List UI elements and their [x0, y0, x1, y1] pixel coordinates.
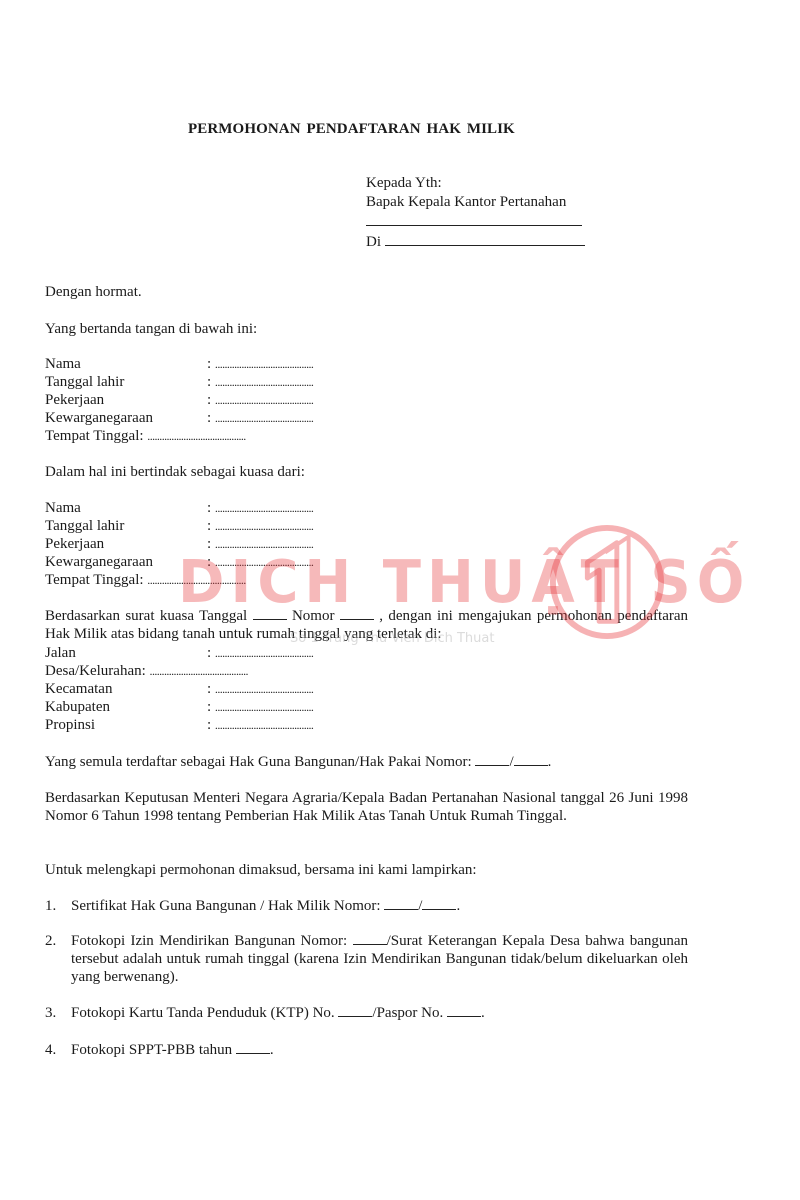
field-input[interactable]: : ......................................…	[207, 517, 313, 535]
field-row-street: Jalan : ................................…	[45, 644, 248, 662]
field-row-applicant-name: Nama : .................................…	[45, 355, 246, 373]
field-input[interactable]: : ......................................…	[207, 698, 313, 716]
field-input[interactable]: : ......................................…	[207, 391, 313, 409]
field-label: Tanggal lahir	[45, 517, 124, 535]
field-row-applicant-citizenship: Kewarganegaraan : ......................…	[45, 409, 246, 427]
field-input[interactable]: : ......................................…	[207, 355, 313, 373]
field-label: Pekerjaan	[45, 391, 104, 409]
field-row-applicant-occupation: Pekerjaan : ............................…	[45, 391, 246, 409]
field-row-province: Propinsi : .............................…	[45, 716, 248, 734]
field-input[interactable]: : ......................................…	[207, 499, 313, 517]
recipient-location: Di	[366, 232, 585, 252]
field-input[interactable]: : ......................................…	[207, 553, 313, 571]
attachments-intro: Untuk melengkapi permohonan dimaksud, be…	[45, 861, 477, 879]
passport-number-blank[interactable]	[447, 1004, 481, 1017]
field-label: Tanggal lahir	[45, 373, 124, 391]
field-row-village: Desa/Kelurahan: ........................…	[45, 662, 248, 680]
field-row-proxy-name: Nama : .................................…	[45, 499, 246, 517]
field-label: Nama	[45, 499, 81, 517]
document-page: PERMOHONAN PENDAFTARAN HAK MILIK Kepada …	[0, 0, 800, 1200]
field-input[interactable]: : ......................................…	[207, 535, 313, 553]
field-label: Nama	[45, 355, 81, 373]
certificate-number-blank-1[interactable]	[384, 897, 418, 910]
building-permit-blank[interactable]	[353, 932, 387, 945]
field-input[interactable]: : ......................................…	[142, 663, 248, 679]
field-row-district: Kecamatan : ............................…	[45, 680, 248, 698]
document-title: PERMOHONAN PENDAFTARAN HAK MILIK	[188, 120, 515, 138]
field-row-proxy-occupation: Pekerjaan : ............................…	[45, 535, 246, 553]
field-input[interactable]: : ......................................…	[207, 644, 313, 662]
field-input[interactable]: : ......................................…	[207, 373, 313, 391]
list-number: 4.	[45, 1041, 56, 1059]
sppt-year-blank[interactable]	[236, 1041, 270, 1054]
ktp-number-blank[interactable]	[338, 1004, 372, 1017]
field-row-proxy-birthdate: Tanggal lahir : ........................…	[45, 517, 246, 535]
previous-number-blank-1[interactable]	[475, 753, 509, 766]
field-input[interactable]: : ......................................…	[207, 716, 313, 734]
location-fields: Jalan : ................................…	[45, 644, 248, 734]
field-label: Kewarganegaraan	[45, 409, 153, 427]
field-row-proxy-residence: Tempat Tinggal: ........................…	[45, 571, 246, 589]
poa-text-2: Nomor	[292, 608, 335, 624]
recipient-location-blank[interactable]	[385, 232, 585, 246]
list-text: Sertifikat Hak Guna Bangunan / Hak Milik…	[71, 897, 688, 915]
certificate-number-blank-2[interactable]	[422, 897, 456, 910]
previous-registration: Yang semula terdaftar sebagai Hak Guna B…	[45, 753, 551, 771]
field-label: Pekerjaan	[45, 535, 104, 553]
previous-registration-text: Yang semula terdaftar sebagai Hak Guna B…	[45, 754, 472, 770]
poa-date-blank[interactable]	[253, 607, 287, 620]
list-number: 1.	[45, 897, 56, 915]
power-of-attorney-paragraph: Berdasarkan surat kuasa Tanggal Nomor , …	[45, 607, 688, 643]
field-label: Desa/Kelurahan	[45, 663, 142, 679]
field-label: Jalan	[45, 644, 76, 662]
recipient-block: Kepada Yth: Bapak Kepala Kantor Pertanah…	[366, 174, 585, 252]
previous-number-blank-2[interactable]	[514, 753, 548, 766]
intro-text: Yang bertanda tangan di bawah ini:	[45, 320, 257, 338]
recipient-salutation: Kepada Yth:	[366, 174, 585, 193]
field-input[interactable]: : ......................................…	[207, 680, 313, 698]
recipient-office-blank[interactable]	[366, 212, 585, 232]
poa-number-blank[interactable]	[340, 607, 374, 620]
legal-basis-paragraph: Berdasarkan Keputusan Menteri Negara Agr…	[45, 789, 688, 825]
field-row-proxy-citizenship: Kewarganegaraan : ......................…	[45, 553, 246, 571]
recipient-office: Bapak Kepala Kantor Pertanahan	[366, 193, 585, 212]
field-label: Tempat Tinggal	[45, 428, 139, 444]
poa-text-1: Berdasarkan surat kuasa Tanggal	[45, 608, 247, 624]
field-label: Kabupaten	[45, 698, 110, 716]
field-input[interactable]: : ......................................…	[139, 428, 245, 444]
field-label: Tempat Tinggal	[45, 572, 139, 588]
list-text: Fotokopi SPPT-PBB tahun .	[71, 1041, 688, 1059]
field-input[interactable]: : ......................................…	[139, 572, 245, 588]
greeting: Dengan hormat.	[45, 283, 142, 301]
field-row-regency: Kabupaten : ............................…	[45, 698, 248, 716]
recipient-di-label: Di	[366, 234, 381, 250]
proxy-fields: Nama : .................................…	[45, 499, 246, 589]
field-row-applicant-residence: Tempat Tinggal: ........................…	[45, 427, 246, 445]
applicant-fields: Nama : .................................…	[45, 355, 246, 445]
list-number: 2.	[45, 932, 56, 950]
field-input[interactable]: : ......................................…	[207, 409, 313, 427]
list-text: Fotokopi Izin Mendirikan Bangunan Nomor:…	[71, 932, 688, 986]
field-label: Propinsi	[45, 716, 95, 734]
field-row-applicant-birthdate: Tanggal lahir : ........................…	[45, 373, 246, 391]
field-label: Kewarganegaraan	[45, 553, 153, 571]
list-number: 3.	[45, 1004, 56, 1022]
list-text: Fotokopi Kartu Tanda Penduduk (KTP) No. …	[71, 1004, 688, 1022]
proxy-intro: Dalam hal ini bertindak sebagai kuasa da…	[45, 463, 305, 481]
field-label: Kecamatan	[45, 680, 112, 698]
